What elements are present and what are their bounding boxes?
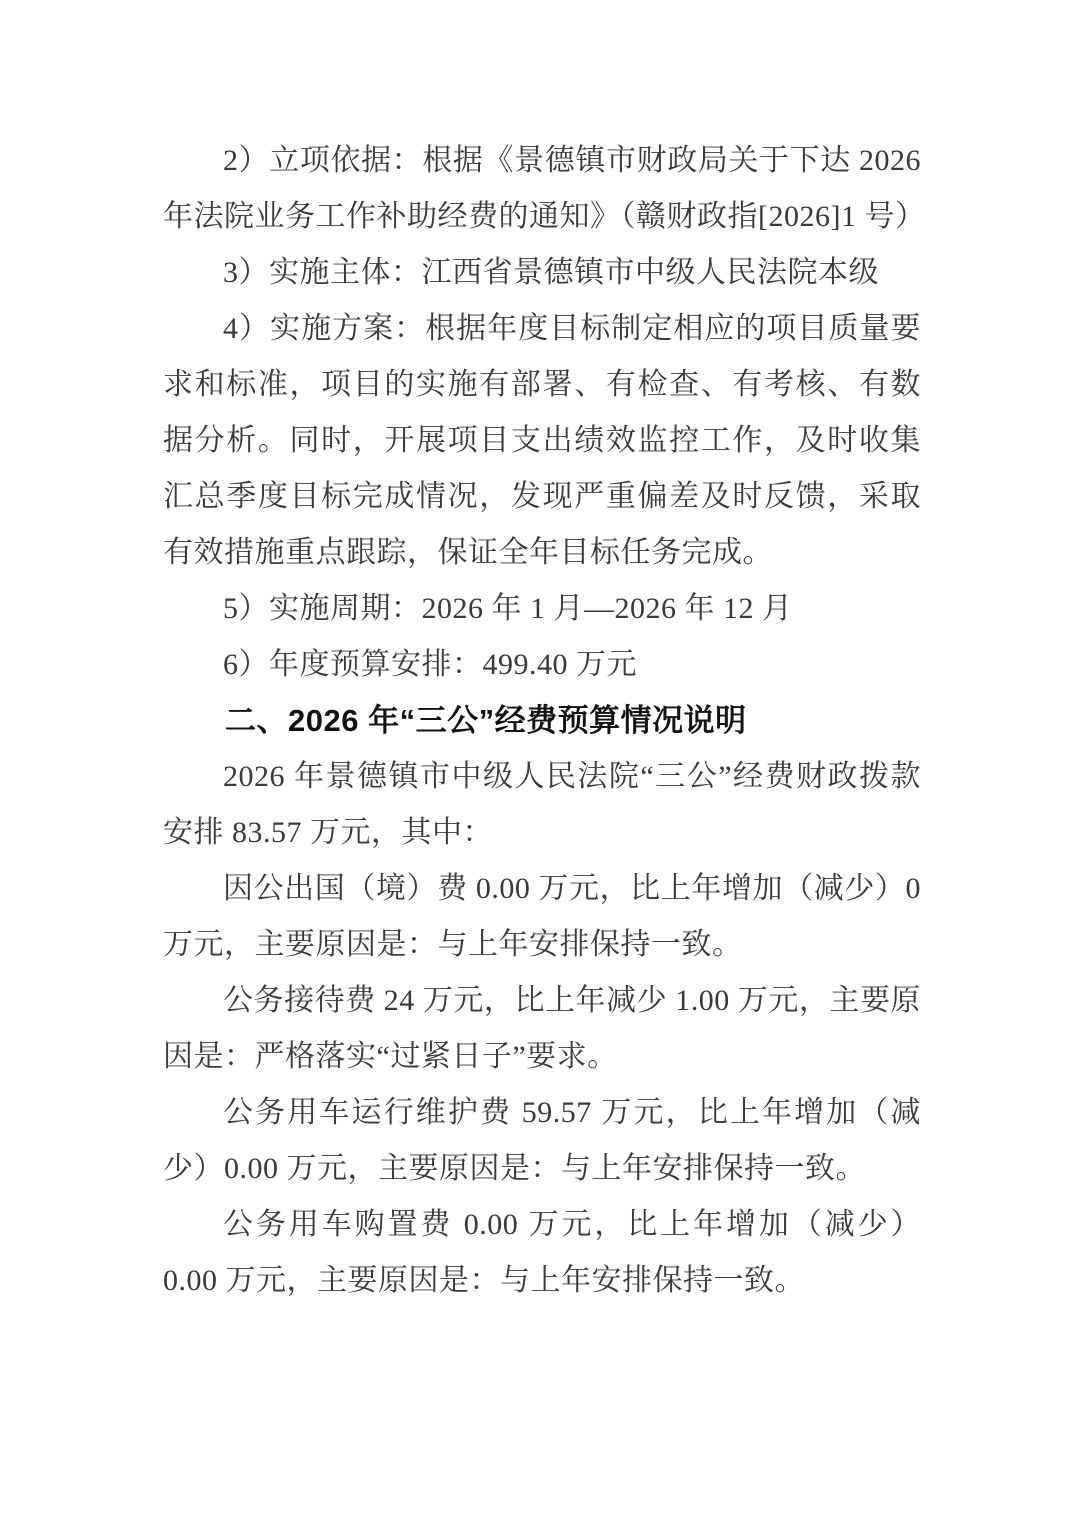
paragraph-three-public-total: 2026 年景德镇市中级人民法院“三公”经费财政拨款安排 83.57 万元，其中… (163, 749, 921, 861)
paragraph-project-basis: 2）立项依据：根据《景德镇市财政局关于下达 2026 年法院业务工作补助经费的通… (163, 133, 921, 245)
paragraph-vehicle-purchase-expense: 公务用车购置费 0.00 万元，比上年增加（减少）0.00 万元，主要原因是：与… (163, 1197, 921, 1309)
paragraph-official-reception-expense: 公务接待费 24 万元，比上年减少 1.00 万元，主要原因是：严格落实“过紧日… (163, 973, 921, 1085)
document-page: 2）立项依据：根据《景德镇市财政局关于下达 2026 年法院业务工作补助经费的通… (0, 0, 1074, 1520)
paragraph-implementation-plan: 4）实施方案：根据年度目标制定相应的项目质量要求和标准，项目的实施有部署、有检查… (163, 301, 921, 581)
paragraph-vehicle-operation-expense: 公务用车运行维护费 59.57 万元，比上年增加（减少）0.00 万元，主要原因… (163, 1085, 921, 1197)
paragraph-implementation-period: 5）实施周期：2026 年 1 月—2026 年 12 月 (163, 581, 921, 637)
section-heading-three-public-expenses: 二、2026 年“三公”经费预算情况说明 (163, 693, 921, 749)
paragraph-overseas-travel-expense: 因公出国（境）费 0.00 万元，比上年增加（减少）0 万元，主要原因是：与上年… (163, 861, 921, 973)
paragraph-annual-budget: 6）年度预算安排：499.40 万元 (163, 637, 921, 693)
paragraph-implementing-body: 3）实施主体：江西省景德镇市中级人民法院本级 (163, 245, 921, 301)
